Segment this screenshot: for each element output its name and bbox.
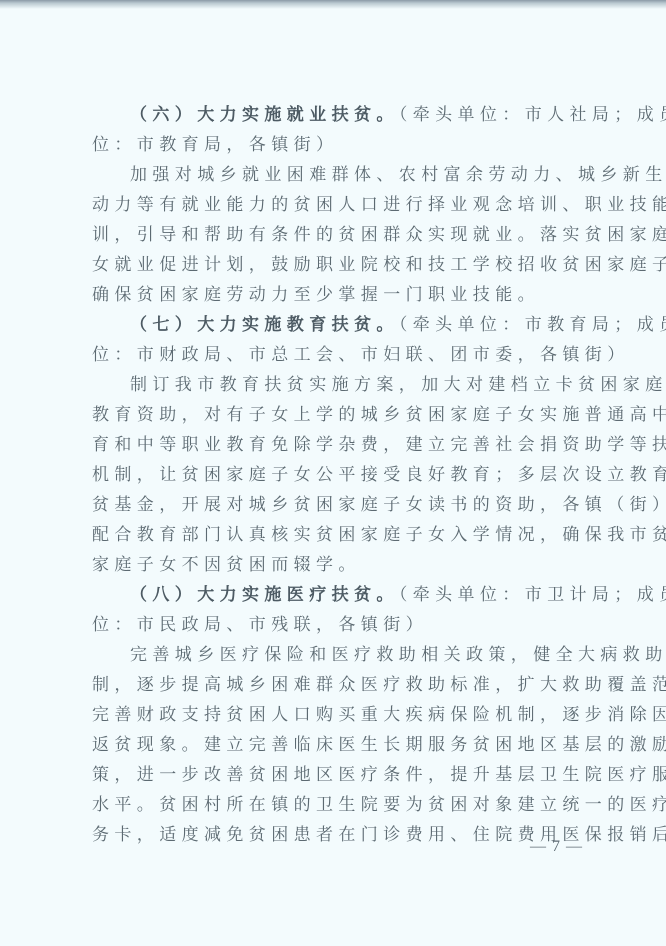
scan-top-edge: [0, 0, 666, 12]
body-line: 策，进一步改善贫困地区医疗条件，提升基层卫生院医疗服务: [92, 760, 588, 790]
section-heading-units: （牵头单位：市卫计局；成员单: [399, 585, 666, 605]
body-line: 育和中等职业教育免除学杂费，建立完善社会捐资助学等扶助: [92, 430, 588, 460]
body-line: 训，引导和帮助有条件的贫困群众实现就业。落实贫困家庭子: [92, 220, 588, 250]
body-line: 配合教育部门认真核实贫困家庭子女入学情况，确保我市贫困: [92, 520, 588, 550]
body-line: 完善城乡医疗保险和医疗救助相关政策，健全大病救助机: [92, 640, 588, 670]
body-line: 机制，让贫困家庭子女公平接受良好教育；多层次设立教育扶: [92, 460, 588, 490]
body-line: 女就业促进计划，鼓励职业院校和技工学校招收贫困家庭子女，: [92, 250, 588, 280]
section-heading: （八）大力实施医疗扶贫。（牵头单位：市卫计局；成员单: [92, 580, 588, 610]
section-heading-continued: 位：市民政局、市残联，各镇街）: [92, 610, 588, 640]
body-line: 完善财政支持贫困人口购买重大疾病保险机制，逐步消除因病: [92, 700, 588, 730]
page-number: — 7 —: [530, 838, 583, 856]
body-line: 制，逐步提高城乡困难群众医疗救助标准，扩大救助覆盖范围，: [92, 670, 588, 700]
body-line: 务卡，适度减免贫困患者在门诊费用、住院费用医保报销后自: [92, 820, 588, 850]
body-line: 教育资助，对有子女上学的城乡贫困家庭子女实施普通高中教: [92, 400, 588, 430]
body-line: 加强对城乡就业困难群体、农村富余劳动力、城乡新生劳: [92, 160, 588, 190]
body-line: 贫基金，开展对城乡贫困家庭子女读书的资助，各镇（街）要: [92, 490, 588, 520]
section-heading-units: （牵头单位：市人社局；成员单: [399, 105, 666, 125]
body-line: 家庭子女不因贫困而辍学。: [92, 550, 588, 580]
body-line: 动力等有就业能力的贫困人口进行择业观念培训、职业技能培: [92, 190, 588, 220]
section-heading-title: （六）大力实施就业扶贫。: [130, 105, 399, 125]
section-heading-continued: 位：市教育局，各镇街）: [92, 130, 588, 160]
section-heading-title: （八）大力实施医疗扶贫。: [130, 585, 399, 605]
section-heading-units: （牵头单位：市教育局；成员单: [399, 315, 666, 335]
body-line: 制订我市教育扶贫实施方案，加大对建档立卡贫困家庭的: [92, 370, 588, 400]
section-heading-continued: 位：市财政局、市总工会、市妇联、团市委，各镇街）: [92, 340, 588, 370]
section-heading-title: （七）大力实施教育扶贫。: [130, 315, 399, 335]
body-line: 确保贫困家庭劳动力至少掌握一门职业技能。: [92, 280, 588, 310]
section-heading: （六）大力实施就业扶贫。（牵头单位：市人社局；成员单: [92, 100, 588, 130]
body-line: 水平。贫困村所在镇的卫生院要为贫困对象建立统一的医疗服: [92, 790, 588, 820]
document-page: （六）大力实施就业扶贫。（牵头单位：市人社局；成员单 位：市教育局，各镇街） 加…: [92, 100, 588, 850]
body-line: 返贫现象。建立完善临床医生长期服务贫困地区基层的激励政: [92, 730, 588, 760]
section-heading: （七）大力实施教育扶贫。（牵头单位：市教育局；成员单: [92, 310, 588, 340]
